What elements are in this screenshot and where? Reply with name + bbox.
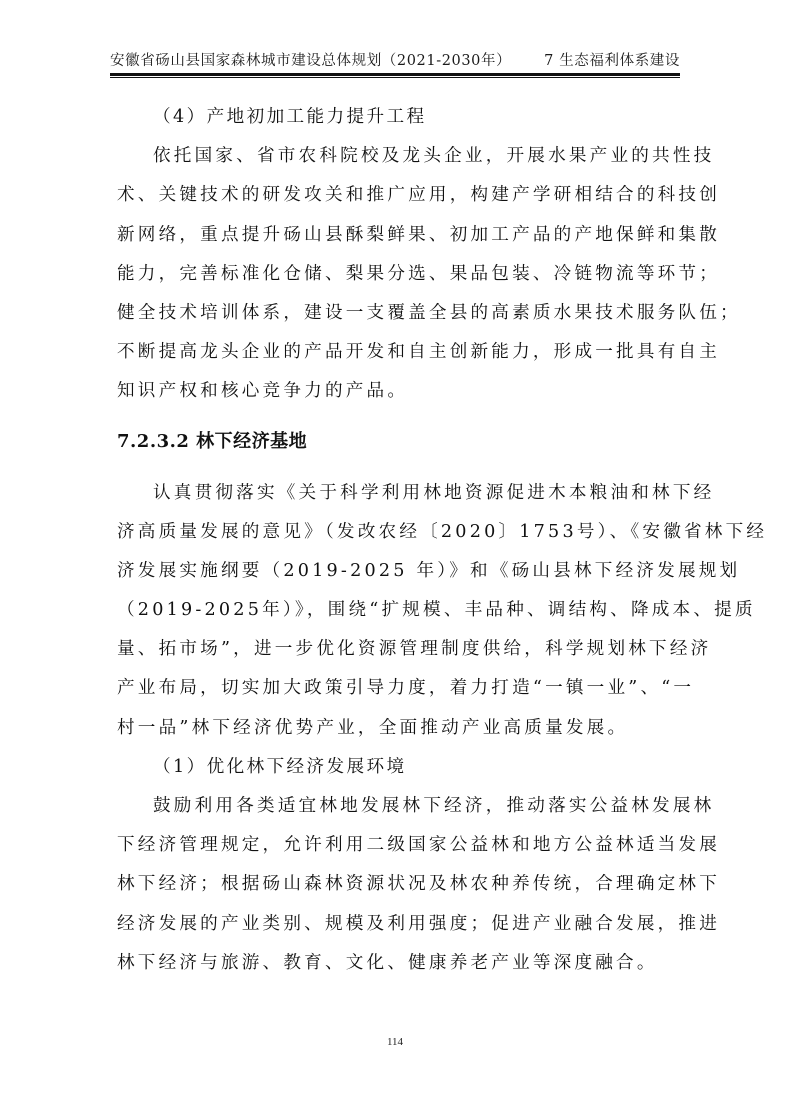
paragraph-line: 经济发展的产业类别、规模及利用强度；促进产业融合发展，推进 — [117, 905, 675, 944]
paragraph-line: 量、拓市场”，进一步优化资源管理制度供给，科学规划林下经济 — [117, 630, 675, 669]
subheading-processing-capacity: （4）产地初加工能力提升工程 — [117, 98, 675, 137]
paragraph-line: 能力，完善标准化仓储、梨果分选、果品包装、冷链物流等环节； — [117, 255, 675, 294]
subheading-optimize-environment: （1）优化林下经济发展环境 — [117, 748, 675, 787]
header-chapter-title: 7 生态福利体系建设 — [544, 49, 680, 70]
paragraph-optimize-environment: 鼓励利用各类适宜林地发展林下经济，推动落实公益林发展林 下经济管理规定，允许利用… — [117, 787, 675, 983]
paragraph-processing-capacity: 依托国家、省市农科院校及龙头企业，开展水果产业的共性技 术、关键技术的研发攻关和… — [117, 137, 675, 411]
page-header: 安徽省砀山县国家森林城市建设总体规划（2021-2030年） 7 生态福利体系建… — [110, 46, 680, 70]
paragraph-line: 鼓励利用各类适宜林地发展林下经济，推动落实公益林发展林 — [117, 787, 675, 826]
header-divider-thick — [110, 73, 680, 76]
paragraph-line: 济高质量发展的意见》（发改农经〔2020〕1753号）、《安徽省林下经 — [117, 513, 675, 552]
header-document-title: 安徽省砀山县国家森林城市建设总体规划（2021-2030年） — [110, 49, 511, 70]
paragraph-line: 知识产权和核心竞争力的产品。 — [117, 372, 675, 411]
header-divider-thin — [110, 77, 680, 78]
paragraph-line: 术、关键技术的研发攻关和推广应用，构建产学研相结合的科技创 — [117, 176, 675, 215]
paragraph-line: 村一品”林下经济优势产业，全面推动产业高质量发展。 — [117, 709, 675, 748]
page-body: （4）产地初加工能力提升工程 依托国家、省市农科院校及龙头企业，开展水果产业的共… — [117, 98, 675, 983]
paragraph-line: 健全技术培训体系，建设一支覆盖全县的高素质水果技术服务队伍； — [117, 294, 675, 333]
paragraph-line: 不断提高龙头企业的产品开发和自主创新能力，形成一批具有自主 — [117, 333, 675, 372]
paragraph-line: 林下经济；根据砀山森林资源状况及林农种养传统，合理确定林下 — [117, 865, 675, 904]
page-number: 114 — [0, 1036, 790, 1048]
paragraph-line: 下经济管理规定，允许利用二级国家公益林和地方公益林适当发展 — [117, 826, 675, 865]
paragraph-line: 产业布局，切实加大政策引导力度，着力打造“一镇一业”、“一 — [117, 669, 675, 708]
paragraph-line: 依托国家、省市农科院校及龙头企业，开展水果产业的共性技 — [117, 137, 675, 176]
paragraph-line: 新网络，重点提升砀山县酥梨鲜果、初加工产品的产地保鲜和集散 — [117, 216, 675, 255]
paragraph-line: 认真贯彻落实《关于科学利用林地资源促进木本粮油和林下经 — [117, 474, 675, 513]
paragraph-line: （2019-2025年）》，围绕“扩规模、丰品种、调结构、降成本、提质 — [117, 591, 675, 630]
paragraph-line: 林下经济与旅游、教育、文化、健康养老产业等深度融合。 — [117, 944, 675, 983]
paragraph-intro: 认真贯彻落实《关于科学利用林地资源促进木本粮油和林下经 济高质量发展的意见》（发… — [117, 474, 675, 748]
paragraph-line: 济发展实施纲要（2019-2025 年）》和《砀山县林下经济发展规划 — [117, 552, 675, 591]
section-heading-forest-economy-base: 7.2.3.2 林下经济基地 — [117, 416, 675, 468]
